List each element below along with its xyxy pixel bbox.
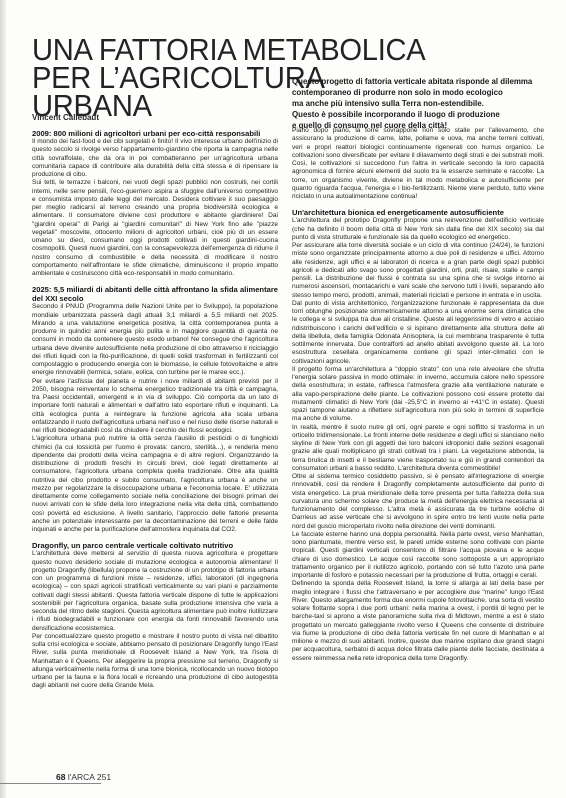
paragraph: Piano dopo piano, la torre sovrappone no… [292,127,544,201]
section-heading: 2025: 5,5 miliardi di abitanti delle cit… [32,285,278,303]
paragraph: L'architettura deve mettersi al servizio… [32,550,278,633]
author-byline: Vincent Callebaut [32,113,99,122]
paragraph: Per assicurare alla torre diversità soci… [292,242,544,300]
page-number: 68 [56,772,65,782]
paragraph: L'architettura del prototipo Dragonfly p… [292,217,544,242]
paragraph: Definendo la sponda della Roosevelt Isla… [292,580,544,663]
left-column: 2009: 800 milioni di agricoltori urbani … [32,129,278,691]
paragraph: Il mondo dei fast-food e dei cibi surgel… [32,138,278,179]
paragraph: L'agricoltura urbana può nutrire la citt… [32,435,278,534]
page-folio: 68 l'ARCA 251 [56,772,111,782]
paragraph: Secondo il PNUD (Programma delle Nazioni… [32,303,278,377]
paragraph: Il progetto forma un'architettura a "dop… [292,366,544,424]
standfirst-line: Questo progetto di fattoria verticale ab… [292,76,531,87]
paragraph: Dal punto di vista architettonico, l'org… [292,300,544,366]
folio-rule [0,783,101,784]
paragraph: In realtà, mentre il suolo nutre gli ort… [292,424,544,474]
section-heading: Un'architettura bionica ed energeticamen… [292,208,544,217]
paragraph: Le facciate esterne hanno una doppia per… [292,531,544,581]
right-column: Piano dopo piano, la torre sovrappone no… [292,127,544,663]
section-heading: Dragonfly, un parco centrale verticale c… [32,541,278,550]
standfirst-line: ma anche più intensivo sulla Terra non-e… [292,98,531,109]
standfirst: Questo progetto di fattoria verticale ab… [292,76,531,131]
magazine-issue: l'ARCA 251 [68,772,111,782]
standfirst-line: Questo è possibile incorporando il luogo… [292,109,531,120]
paragraph: Oltre al sistema termico cosiddetto pass… [292,473,544,531]
paragraph: Per evitare l'asfissia del pianeta e nut… [32,378,278,436]
standfirst-line: contemporaneo di produrre non solo in mo… [292,87,531,98]
section-heading: 2009: 800 milioni di agricoltori urbani … [32,129,278,138]
paragraph: Per concettualizzare questo progetto e m… [32,633,278,691]
paragraph: Sui tetti, le terrazze i balconi, nei vu… [32,179,278,278]
page-edge [0,0,6,798]
